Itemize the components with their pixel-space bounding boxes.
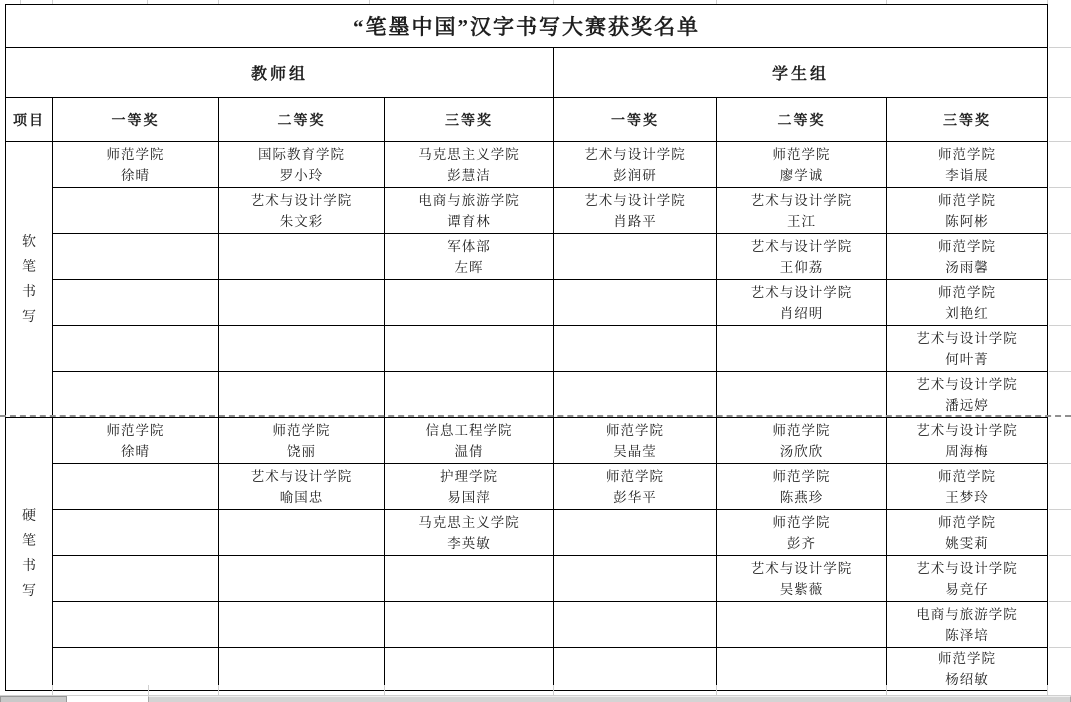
cell-hard-r4-student-first[interactable] [554,556,717,602]
category-char: 硬 [6,504,52,529]
category-char: 书 [6,554,52,579]
winner-org: 师范学院 [53,420,218,441]
horizontal-scrollbar[interactable] [148,696,1071,702]
winner-org: 师范学院 [887,648,1047,669]
cell-hard-r6-student-third[interactable]: 师范学院杨绍敏 [887,648,1048,691]
winner-name: 李英敏 [385,533,553,554]
header-student-second[interactable]: 二等奖 [717,98,887,142]
winner-org: 艺术与设计学院 [887,328,1047,349]
winner-org: 师范学院 [887,236,1047,257]
winner-name: 彭润研 [554,165,716,186]
winner-org: 艺术与设计学院 [717,558,886,579]
winner-name: 廖学诚 [717,165,886,186]
cell-soft-r3-student-third[interactable]: 师范学院汤雨馨 [887,234,1048,280]
winner-name: 汤雨馨 [887,257,1047,278]
cell-soft-r3-teacher-first[interactable] [53,234,219,280]
cell-hard-r4-teacher-third[interactable] [385,556,554,602]
cell-soft-r3-student-second[interactable]: 艺术与设计学院王仰荔 [717,234,887,280]
winner-name: 彭慧洁 [385,165,553,186]
category-hard[interactable]: 硬笔书写 [6,418,53,691]
cell-soft-r1-teacher-first[interactable]: 师范学院徐晴 [53,142,219,188]
category-char: 书 [6,280,52,305]
winner-org: 艺术与设计学院 [554,190,716,211]
cell-soft-r6-teacher-third[interactable] [385,372,554,418]
cell-soft-r5-teacher-third[interactable] [385,326,554,372]
cell-hard-r5-student-third[interactable]: 电商与旅游学院陈泽培 [887,602,1048,648]
winner-name: 谭育林 [385,211,553,232]
winner-org: 艺术与设计学院 [887,374,1047,395]
winner-name: 陈泽培 [887,625,1047,646]
sheet-tab-stub[interactable] [0,696,67,702]
cell-hard-r2-student-first[interactable]: 师范学院彭华平 [554,464,717,510]
cell-soft-r1-student-third[interactable]: 师范学院李诣展 [887,142,1048,188]
cell-soft-r6-teacher-second[interactable] [219,372,385,418]
cell-soft-r2-teacher-second[interactable]: 艺术与设计学院朱文彩 [219,188,385,234]
header-project[interactable]: 项目 [6,98,53,142]
cell-hard-r1-student-third[interactable]: 艺术与设计学院周海梅 [887,418,1048,464]
category-char: 软 [6,230,52,255]
winner-org: 师范学院 [554,420,716,441]
winner-name: 徐晴 [53,165,218,186]
winner-org: 师范学院 [887,190,1047,211]
cell-hard-r4-teacher-first[interactable] [53,556,219,602]
cell-hard-r5-teacher-first[interactable] [53,602,219,648]
cell-soft-r5-student-first[interactable] [554,326,717,372]
cell-soft-r5-teacher-first[interactable] [53,326,219,372]
winner-name: 朱文彩 [219,211,384,232]
cell-hard-r1-student-second[interactable]: 师范学院汤欣欣 [717,418,887,464]
winner-name: 彭华平 [554,487,716,508]
winner-org: 国际教育学院 [219,144,384,165]
cell-hard-r5-student-second[interactable] [717,602,887,648]
cell-hard-r5-student-first[interactable] [554,602,717,648]
winner-name: 李诣展 [887,165,1047,186]
winner-org: 艺术与设计学院 [717,236,886,257]
winner-org: 师范学院 [887,144,1047,165]
cell-hard-r5-teacher-third[interactable] [385,602,554,648]
cell-soft-r4-teacher-third[interactable] [385,280,554,326]
cell-soft-r4-student-first[interactable] [554,280,717,326]
cell-soft-r1-teacher-second[interactable]: 国际教育学院罗小玲 [219,142,385,188]
bottom-bar [0,696,1071,702]
cell-hard-r1-student-first[interactable]: 师范学院吴晶莹 [554,418,717,464]
winner-name: 潘远婷 [887,395,1047,416]
cell-hard-r1-teacher-third[interactable]: 信息工程学院温倩 [385,418,554,464]
page-title[interactable]: “笔墨中国”汉字书写大赛获奖名单 [6,5,1048,48]
cell-hard-r3-teacher-second[interactable] [219,510,385,556]
winner-org: 信息工程学院 [385,420,553,441]
cell-soft-r2-student-first[interactable]: 艺术与设计学院肖路平 [554,188,717,234]
cell-hard-r2-teacher-first[interactable] [53,464,219,510]
winner-org: 师范学院 [887,466,1047,487]
cell-soft-r5-student-third[interactable]: 艺术与设计学院何叶菁 [887,326,1048,372]
cell-hard-r2-student-second[interactable]: 师范学院陈燕珍 [717,464,887,510]
winner-org: 师范学院 [717,466,886,487]
winner-org: 师范学院 [887,512,1047,533]
winner-name: 吴紫薇 [717,579,886,600]
cell-soft-r1-teacher-third[interactable]: 马克思主义学院彭慧洁 [385,142,554,188]
winner-name: 刘艳红 [887,303,1047,324]
header-student-third[interactable]: 三等奖 [887,98,1048,142]
winner-org: 马克思主义学院 [385,144,553,165]
header-teacher-second[interactable]: 二等奖 [219,98,385,142]
cell-hard-r3-teacher-first[interactable] [53,510,219,556]
header-teacher-first[interactable]: 一等奖 [53,98,219,142]
cell-soft-r5-student-second[interactable] [717,326,887,372]
winner-org: 艺术与设计学院 [219,190,384,211]
winner-org: 军体部 [385,236,553,257]
winner-name: 杨绍敏 [887,669,1047,690]
winner-name: 王梦玲 [887,487,1047,508]
cell-soft-r4-student-third[interactable]: 师范学院刘艳红 [887,280,1048,326]
cell-hard-r3-student-first[interactable] [554,510,717,556]
winner-org: 护理学院 [385,466,553,487]
cell-hard-r4-teacher-second[interactable] [219,556,385,602]
cell-soft-r1-student-first[interactable]: 艺术与设计学院彭润研 [554,142,717,188]
cell-hard-r3-teacher-third[interactable]: 马克思主义学院李英敏 [385,510,554,556]
winner-name: 喻国忠 [219,487,384,508]
cell-soft-r2-student-second[interactable]: 艺术与设计学院王江 [717,188,887,234]
winner-org: 艺术与设计学院 [887,558,1047,579]
winner-org: 师范学院 [717,512,886,533]
winner-org: 艺术与设计学院 [717,190,886,211]
cell-soft-r5-teacher-second[interactable] [219,326,385,372]
cell-hard-r3-student-third[interactable]: 师范学院姚雯莉 [887,510,1048,556]
winner-org: 师范学院 [717,420,886,441]
spreadsheet-view: { "title": "“笔墨中国”汉字书写大赛获奖名单", "groups":… [0,0,1071,702]
winner-org: 电商与旅游学院 [385,190,553,211]
winner-name: 罗小玲 [219,165,384,186]
winner-name: 陈燕珍 [717,487,886,508]
winner-org: 师范学院 [219,420,384,441]
cell-hard-r4-student-third[interactable]: 艺术与设计学院易竞仔 [887,556,1048,602]
winner-org: 马克思主义学院 [385,512,553,533]
cell-hard-r6-teacher-second[interactable] [219,648,385,691]
cell-soft-r4-teacher-first[interactable] [53,280,219,326]
cell-soft-r3-student-first[interactable] [554,234,717,280]
group-header-student[interactable]: 学生组 [554,48,1048,98]
cell-soft-r4-teacher-second[interactable] [219,280,385,326]
header-student-first[interactable]: 一等奖 [554,98,717,142]
cell-hard-r4-student-second[interactable]: 艺术与设计学院吴紫薇 [717,556,887,602]
winner-name: 左晖 [385,257,553,278]
winner-org: 艺术与设计学院 [717,282,886,303]
cell-hard-r2-teacher-second[interactable]: 艺术与设计学院喻国忠 [219,464,385,510]
cell-hard-r6-student-second[interactable] [717,648,887,691]
category-char: 写 [6,305,52,330]
winner-name: 姚雯莉 [887,533,1047,554]
cell-soft-r3-teacher-second[interactable] [219,234,385,280]
winner-name: 何叶菁 [887,349,1047,370]
cell-soft-r2-teacher-first[interactable] [53,188,219,234]
cell-hard-r1-teacher-first[interactable]: 师范学院徐晴 [53,418,219,464]
winner-name: 陈阿彬 [887,211,1047,232]
winner-org: 艺术与设计学院 [887,420,1047,441]
category-char: 笔 [6,529,52,554]
cell-hard-r2-student-third[interactable]: 师范学院王梦玲 [887,464,1048,510]
cell-hard-r3-student-second[interactable]: 师范学院彭齐 [717,510,887,556]
winner-name: 吴晶莹 [554,441,716,462]
cell-soft-r6-teacher-first[interactable] [53,372,219,418]
winner-name: 王江 [717,211,886,232]
winner-org: 电商与旅游学院 [887,604,1047,625]
winner-org: 师范学院 [554,466,716,487]
winner-org: 师范学院 [717,144,886,165]
cell-soft-r2-teacher-third[interactable]: 电商与旅游学院谭育林 [385,188,554,234]
winner-name: 周海梅 [887,441,1047,462]
winner-name: 易竞仔 [887,579,1047,600]
cell-hard-r5-teacher-second[interactable] [219,602,385,648]
winner-name: 徐晴 [53,441,218,462]
cell-hard-r2-teacher-third[interactable]: 护理学院易国萍 [385,464,554,510]
winner-name: 饶丽 [219,441,384,462]
category-char: 笔 [6,255,52,280]
cell-soft-r2-student-third[interactable]: 师范学院陈阿彬 [887,188,1048,234]
cell-hard-r6-teacher-first[interactable] [53,648,219,691]
cell-soft-r6-student-second[interactable] [717,372,887,418]
winner-name: 汤欣欣 [717,441,886,462]
group-header-teacher[interactable]: 教师组 [6,48,554,98]
winner-name: 温倩 [385,441,553,462]
category-char: 写 [6,579,52,604]
winner-org: 艺术与设计学院 [219,466,384,487]
cell-soft-r4-student-second[interactable]: 艺术与设计学院肖绍明 [717,280,887,326]
winner-name: 肖路平 [554,211,716,232]
winner-org: 师范学院 [53,144,218,165]
category-soft[interactable]: 软笔书写 [6,142,53,418]
winner-org: 师范学院 [887,282,1047,303]
cell-soft-r6-student-first[interactable] [554,372,717,418]
cell-hard-r6-student-first[interactable] [554,648,717,691]
winner-org: 艺术与设计学院 [554,144,716,165]
cell-soft-r3-teacher-third[interactable]: 军体部左晖 [385,234,554,280]
header-teacher-third[interactable]: 三等奖 [385,98,554,142]
page-break-dashed-line [0,415,1071,417]
cell-hard-r6-teacher-third[interactable] [385,648,554,691]
cell-soft-r6-student-third[interactable]: 艺术与设计学院潘远婷 [887,372,1048,418]
winner-name: 王仰荔 [717,257,886,278]
cell-soft-r1-student-second[interactable]: 师范学院廖学诚 [717,142,887,188]
winner-name: 肖绍明 [717,303,886,324]
award-table: “笔墨中国”汉字书写大赛获奖名单 教师组 学生组 项目 一等奖 二等奖 三等奖 … [5,4,1048,691]
cell-hard-r1-teacher-second[interactable]: 师范学院饶丽 [219,418,385,464]
winner-name: 彭齐 [717,533,886,554]
winner-name: 易国萍 [385,487,553,508]
